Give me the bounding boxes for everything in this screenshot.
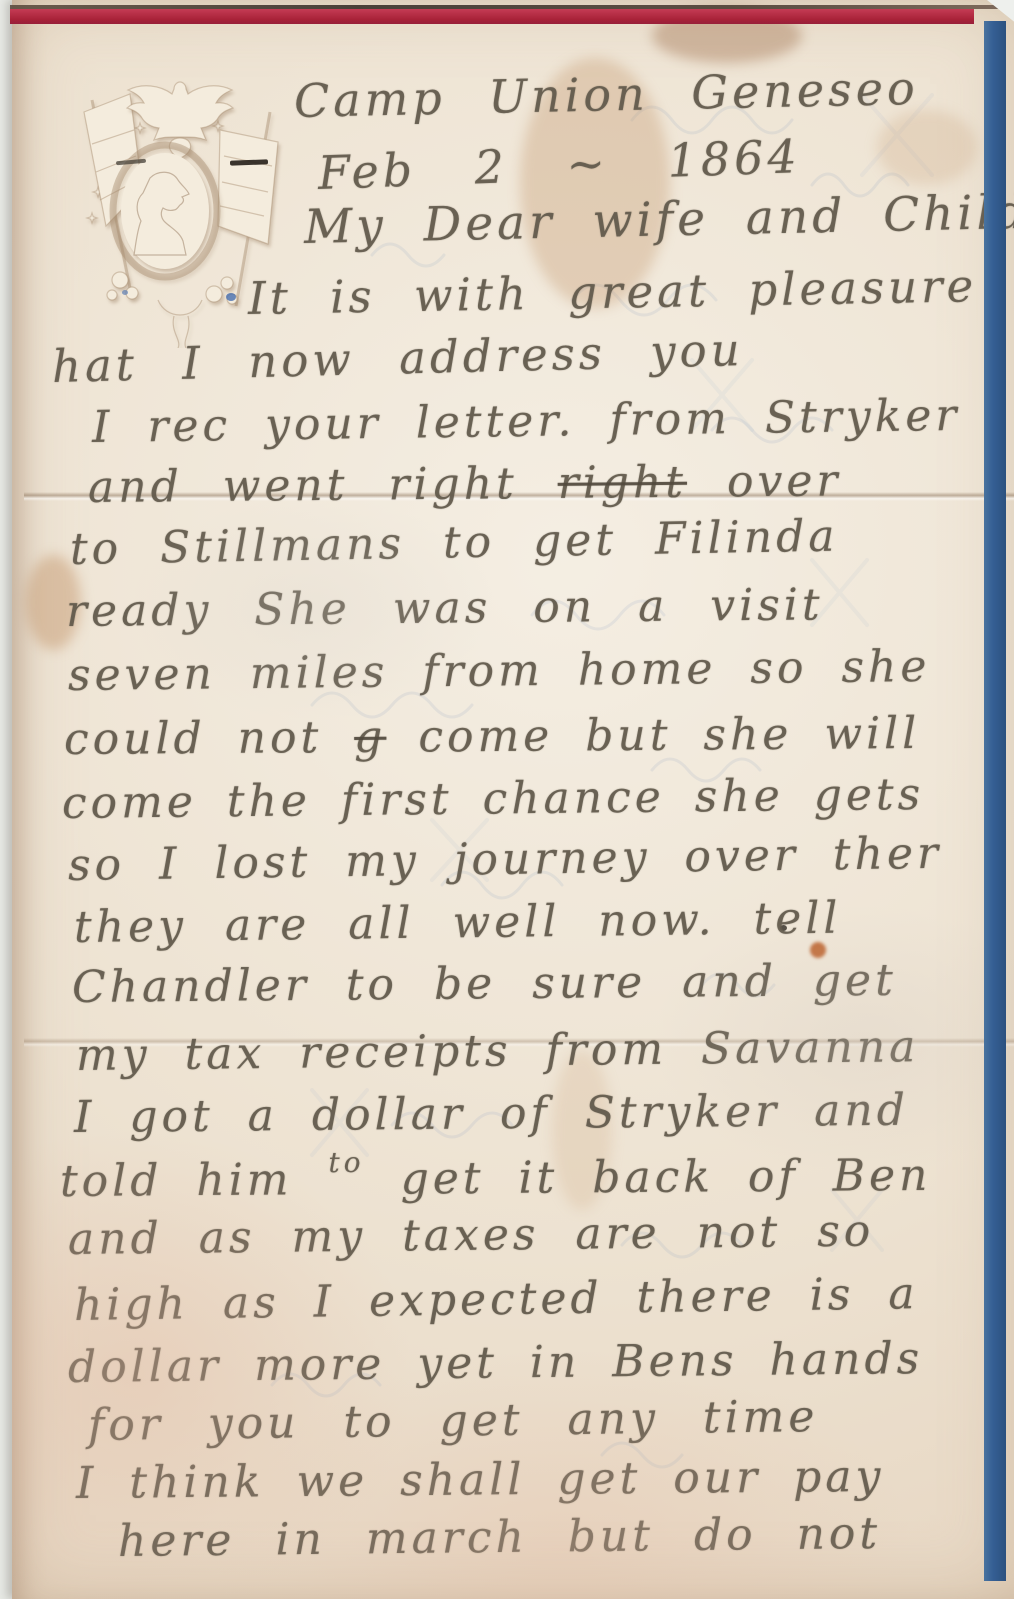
letter-line: here in march but do not (118, 1508, 882, 1567)
letter-line: and went right right over (88, 455, 842, 513)
letter-line-place: Camp Union Geneseo (293, 61, 919, 128)
blue-ink-speck (226, 293, 236, 301)
letter-line: ready She was on a visit (66, 579, 824, 637)
portrait-medallion-icon (113, 145, 217, 277)
letter-line: seven miles from home so she (68, 641, 931, 701)
letter-line-segment: could not (64, 712, 355, 765)
letter-line-segment: come but she will (386, 708, 920, 763)
letter-line: high as I expected there is a (74, 1268, 919, 1331)
blue-ink-speck (122, 290, 128, 295)
letter-scan: Camp Union Geneseo Feb 2 ~ 1864 My Dear … (0, 0, 1014, 1599)
letter-line-segment: get it back of Ben (366, 1150, 931, 1205)
letter-line: my tax receipts from Savanna (76, 1021, 920, 1081)
eagle-icon (127, 82, 233, 140)
letter-line-segment: told him (60, 1154, 327, 1207)
letter-paper: Camp Union Geneseo Feb 2 ~ 1864 My Dear … (12, 0, 1014, 1599)
letter-line: dollar more yet in Bens hands (68, 1333, 924, 1393)
letter-line: come the first chance she gets (62, 769, 925, 829)
letter-line: could not g come but she will (64, 708, 921, 765)
letter-line-date: Feb 2 ~ 1864 (317, 129, 801, 200)
stain (877, 110, 977, 185)
letter-line: for you to get any time (88, 1391, 819, 1451)
letter-line: told him to get it back of Ben (60, 1150, 932, 1207)
letter-line: to Stillmans to get Filinda (70, 511, 839, 575)
inserted-word: to (328, 1146, 364, 1179)
letter-line: It is with great pleasure (248, 259, 978, 325)
letter-line: I think we shall get our pay (76, 1451, 885, 1509)
top-red-border (10, 9, 974, 24)
letter-line: so I lost my journey over ther (68, 828, 943, 891)
letter-line-segment: and went right (88, 458, 558, 513)
letter-line: Chandler to be sure and get (72, 955, 897, 1013)
letter-line: I rec your letter. from Stryker (92, 390, 961, 453)
letter-line-segment: over (687, 455, 842, 507)
right-blue-border (984, 21, 1006, 1581)
letter-line: I got a dollar of Stryker and (74, 1085, 909, 1143)
letter-line: they are all well now. tell (74, 893, 842, 953)
letter-line: and as my taxes are not so (68, 1206, 875, 1265)
struck-word: right (557, 457, 687, 509)
struck-letter: g (354, 712, 387, 763)
